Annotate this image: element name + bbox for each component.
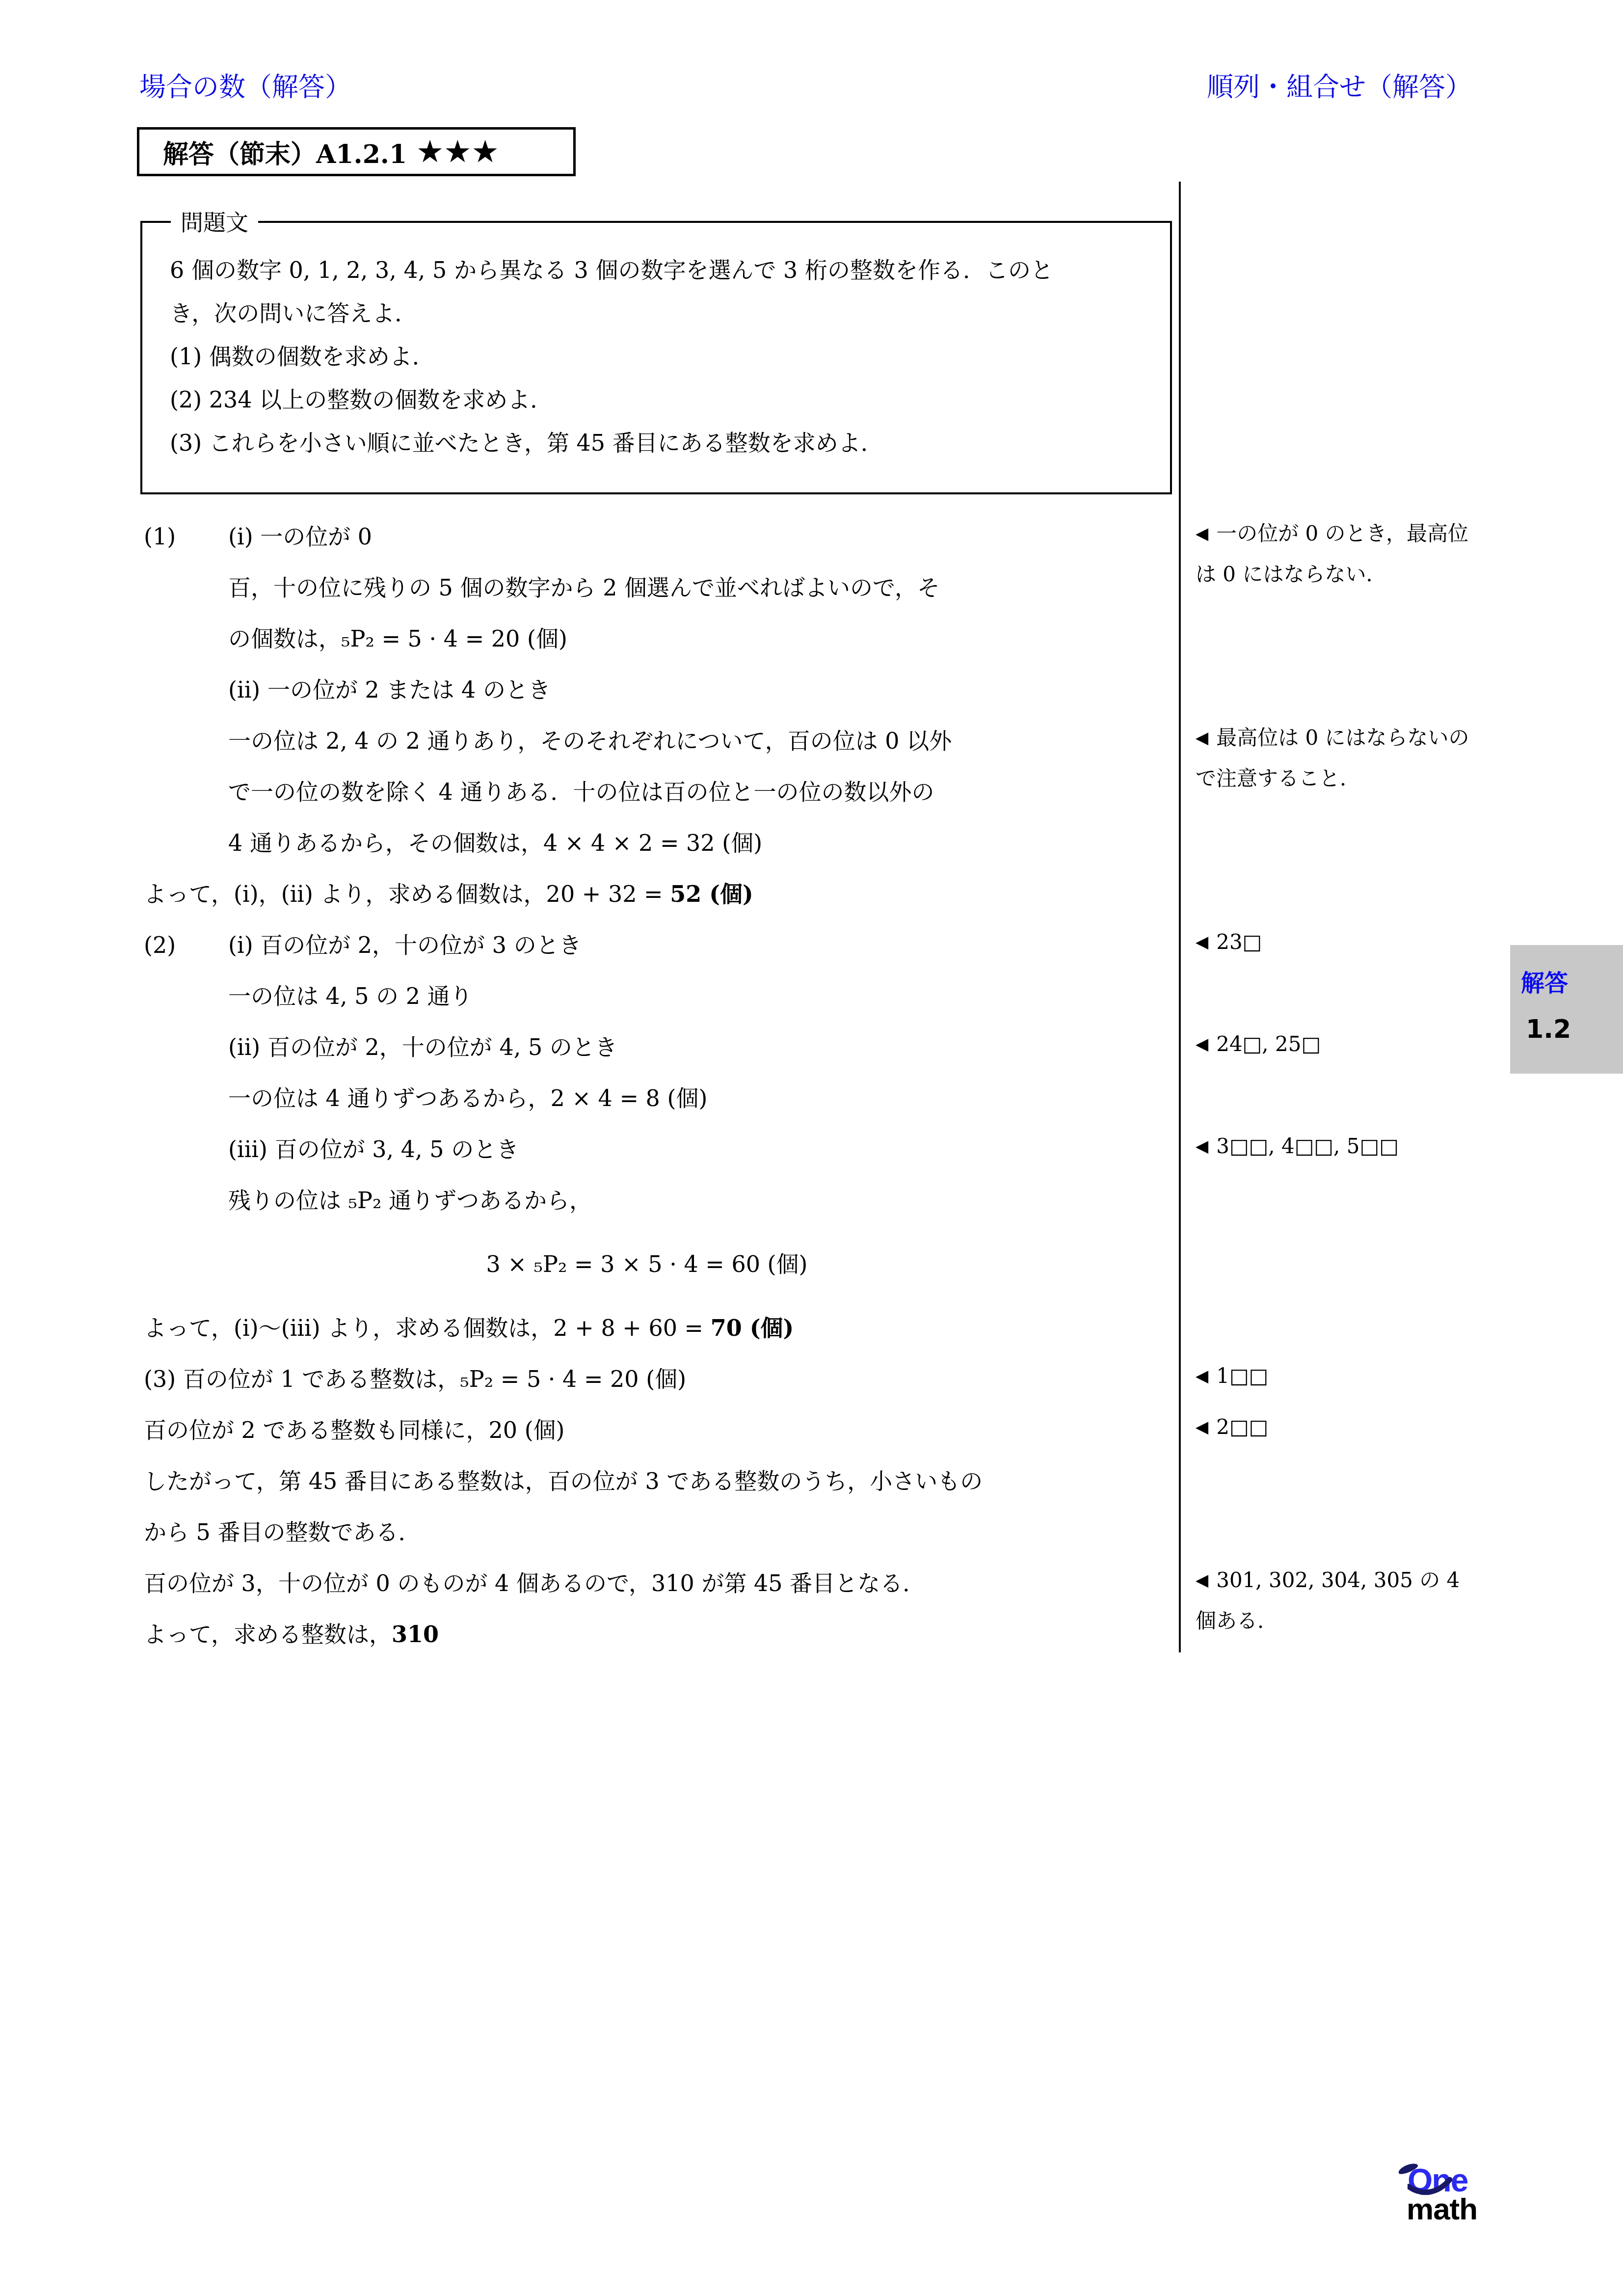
answer-value: 70 (個) <box>711 1315 794 1341</box>
solution-line: よって，(i)～(iii) より，求める個数は，2 + 8 + 60 = 70 … <box>144 1302 1150 1353</box>
solution-line: から 5 番目の整数である． <box>144 1507 1150 1558</box>
onemath-logo: One math <box>1405 2164 1503 2233</box>
margin-note-text: は 0 にはならない． <box>1196 555 1492 594</box>
margin-marker-icon: ◀ <box>1196 718 1208 757</box>
solution-line: 百の位が 3，十の位が 0 のものが 4 個あるので，310 が第 45 番目と… <box>144 1558 1150 1609</box>
problem-box-label: 問題文 <box>171 207 258 238</box>
margin-note: ◀最高位は 0 にはならないの で注意すること． <box>1196 718 1492 798</box>
line-text: 4 通りあるから，その個数は，4 × 4 × 2 = 32 (個) <box>228 830 762 856</box>
line-text: (i) 百の位が 2，十の位が 3 のとき <box>144 932 582 958</box>
margin-note-text: で注意すること． <box>1196 759 1492 798</box>
line-text: (iii) 百の位が 3, 4, 5 のとき <box>228 1136 519 1162</box>
line-text: (ii) 百の位が 2，十の位が 4, 5 のとき <box>228 1034 617 1060</box>
margin-marker-icon: ◀ <box>1196 1407 1208 1447</box>
answer-value: 310 <box>392 1621 439 1648</box>
margin-note: ◀24□, 25□ <box>1196 1025 1492 1065</box>
line-text: 百，十の位に残りの 5 個の数字から 2 個選んで並べればよいので，そ <box>228 574 940 601</box>
difficulty-stars-icon: ★★★ <box>418 135 501 168</box>
answer-title-text: 解答（節末）A1.2.1 <box>163 134 407 170</box>
section-tab-label: 解答 <box>1521 969 1623 998</box>
line-text: の個数は，₅P₂ = 5 · 4 = 20 (個) <box>228 625 567 652</box>
margin-marker-icon: ◀ <box>1196 1025 1208 1064</box>
solution-line: (1) (i) 一の位が 0 <box>144 511 1150 562</box>
line-text: から 5 番目の整数である． <box>144 1519 421 1545</box>
problem-line: (1) 偶数の個数を求めよ． <box>170 335 1146 378</box>
margin-note-text: 24□, 25□ <box>1216 1032 1321 1056</box>
margin-note: ◀301, 302, 304, 305 の 4 個ある． <box>1196 1561 1492 1641</box>
solution-line: したがって，第 45 番目にある整数は，百の位が 3 である整数のうち，小さいも… <box>144 1456 1150 1507</box>
solution-line: (2) (i) 百の位が 2，十の位が 3 のとき <box>144 919 1150 971</box>
margin-note: ◀23□ <box>1196 922 1492 963</box>
document-page: 場合の数（解答） 順列・組合せ（解答） 解答（節末）A1.2.1 ★★★ 問題文… <box>0 0 1623 2296</box>
solution-line: 残りの位は ₅P₂ 通りずつあるから， <box>144 1175 1150 1226</box>
solution-line: (3) 百の位が 1 である整数は，₅P₂ = 5 · 4 = 20 (個) <box>144 1353 1150 1405</box>
line-text: (i) 一の位が 0 <box>144 523 372 550</box>
solution-line: 百の位が 2 である整数も同様に，20 (個) <box>144 1405 1150 1456</box>
problem-line: (2) 234 以上の整数の個数を求めよ． <box>170 378 1146 421</box>
line-text: 一の位は 4 通りずつあるから，2 × 4 = 8 (個) <box>228 1085 707 1111</box>
margin-note-text: 個ある． <box>1196 1601 1492 1641</box>
line-text: 百の位が 2 である整数も同様に，20 (個) <box>144 1417 565 1443</box>
solution-line: 百，十の位に残りの 5 個の数字から 2 個選んで並べればよいので，そ <box>144 562 1150 613</box>
section-tab-number: 1.2 <box>1521 1014 1623 1045</box>
line-text: で一の位の数を除く 4 通りある．十の位は百の位と一の位の数以外の <box>228 779 934 805</box>
line-text: よって，(i)，(ii) より，求める個数は，20 + 32 = <box>144 881 670 907</box>
line-text: 一の位は 2, 4 の 2 通りあり，そのそれぞれについて，百の位は 0 以外 <box>228 728 952 754</box>
margin-note: ◀1□□ <box>1196 1356 1492 1397</box>
margin-marker-icon: ◀ <box>1196 1127 1208 1166</box>
problem-text: 6 個の数字 0, 1, 2, 3, 4, 5 から異なる 3 個の数字を選んで… <box>170 248 1146 464</box>
margin-note-text: 3□□, 4□□, 5□□ <box>1216 1134 1399 1158</box>
solution-line: よって，求める整数は，310 <box>144 1609 1150 1660</box>
line-text: 百の位が 3，十の位が 0 のものが 4 個あるので，310 が第 45 番目と… <box>144 1570 925 1596</box>
problem-line: 6 個の数字 0, 1, 2, 3, 4, 5 から異なる 3 個の数字を選んで… <box>170 248 1146 292</box>
solution-line: (iii) 百の位が 3, 4, 5 のとき <box>144 1124 1150 1175</box>
line-text: よって，求める整数は， <box>144 1621 392 1648</box>
solution-equation: 3 × ₅P₂ = 3 × 5 · 4 = 60 (個) <box>144 1239 1150 1290</box>
margin-note-text: 23□ <box>1216 930 1262 954</box>
page-header-right: 順列・組合せ（解答） <box>1207 72 1472 103</box>
solution-line: の個数は，₅P₂ = 5 · 4 = 20 (個) <box>144 613 1150 664</box>
solution-line: 4 通りあるから，その個数は，4 × 4 × 2 = 32 (個) <box>144 817 1150 868</box>
item-label: (1) <box>144 511 176 562</box>
page-header-left: 場合の数（解答） <box>139 72 351 103</box>
margin-note-text: 一の位が 0 のとき，最高位 <box>1216 521 1468 545</box>
line-text: 一の位は 4, 5 の 2 通り <box>228 983 473 1009</box>
solution-line: よって，(i)，(ii) より，求める個数は，20 + 32 = 52 (個) <box>144 868 1150 919</box>
margin-marker-icon: ◀ <box>1196 922 1208 962</box>
margin-divider-rule <box>1179 182 1181 1652</box>
answer-title-box: 解答（節末）A1.2.1 ★★★ <box>137 127 576 176</box>
margin-marker-icon: ◀ <box>1196 1356 1208 1396</box>
problem-line: き，次の問いに答えよ． <box>170 292 1146 335</box>
margin-note: ◀2□□ <box>1196 1407 1492 1448</box>
section-tab: 解答 1.2 <box>1510 945 1623 1074</box>
margin-note-text: 最高位は 0 にはならないの <box>1216 726 1469 750</box>
item-label: (2) <box>144 919 176 971</box>
line-text: (3) 百の位が 1 である整数は，₅P₂ = 5 · 4 = 20 (個) <box>144 1366 686 1392</box>
solution-line: 一の位は 2, 4 の 2 通りあり，そのそれぞれについて，百の位は 0 以外 <box>144 715 1150 766</box>
solution-line: 一の位は 4, 5 の 2 通り <box>144 971 1150 1022</box>
solution-line: で一の位の数を除く 4 通りある．十の位は百の位と一の位の数以外の <box>144 766 1150 817</box>
logo-text-math: math <box>1407 2194 1477 2225</box>
margin-marker-icon: ◀ <box>1196 514 1208 553</box>
margin-note-text: 1□□ <box>1216 1364 1268 1388</box>
answer-value: 52 (個) <box>670 881 753 907</box>
line-text: したがって，第 45 番目にある整数は，百の位が 3 である整数のうち，小さいも… <box>144 1468 983 1494</box>
problem-statement-box: 問題文 6 個の数字 0, 1, 2, 3, 4, 5 から異なる 3 個の数字… <box>140 221 1172 494</box>
margin-note: ◀一の位が 0 のとき，最高位 は 0 にはならない． <box>1196 514 1492 594</box>
margin-note-text: 2□□ <box>1216 1415 1268 1439</box>
line-text: (ii) 一の位が 2 または 4 のとき <box>228 676 551 703</box>
line-text: よって，(i)～(iii) より，求める個数は，2 + 8 + 60 = <box>144 1315 711 1341</box>
margin-marker-icon: ◀ <box>1196 1561 1208 1600</box>
line-text: 残りの位は ₅P₂ 通りずつあるから， <box>228 1187 592 1214</box>
equation-text: 3 × ₅P₂ = 3 × 5 · 4 = 60 (個) <box>486 1251 808 1277</box>
problem-line: (3) これらを小さい順に並べたとき，第 45 番目にある整数を求めよ． <box>170 421 1146 464</box>
margin-note: ◀3□□, 4□□, 5□□ <box>1196 1127 1492 1167</box>
solution-line: 一の位は 4 通りずつあるから，2 × 4 = 8 (個) <box>144 1073 1150 1124</box>
solution-line: (ii) 一の位が 2 または 4 のとき <box>144 664 1150 715</box>
solution-line: (ii) 百の位が 2，十の位が 4, 5 のとき <box>144 1022 1150 1073</box>
margin-note-text: 301, 302, 304, 305 の 4 <box>1216 1568 1460 1592</box>
